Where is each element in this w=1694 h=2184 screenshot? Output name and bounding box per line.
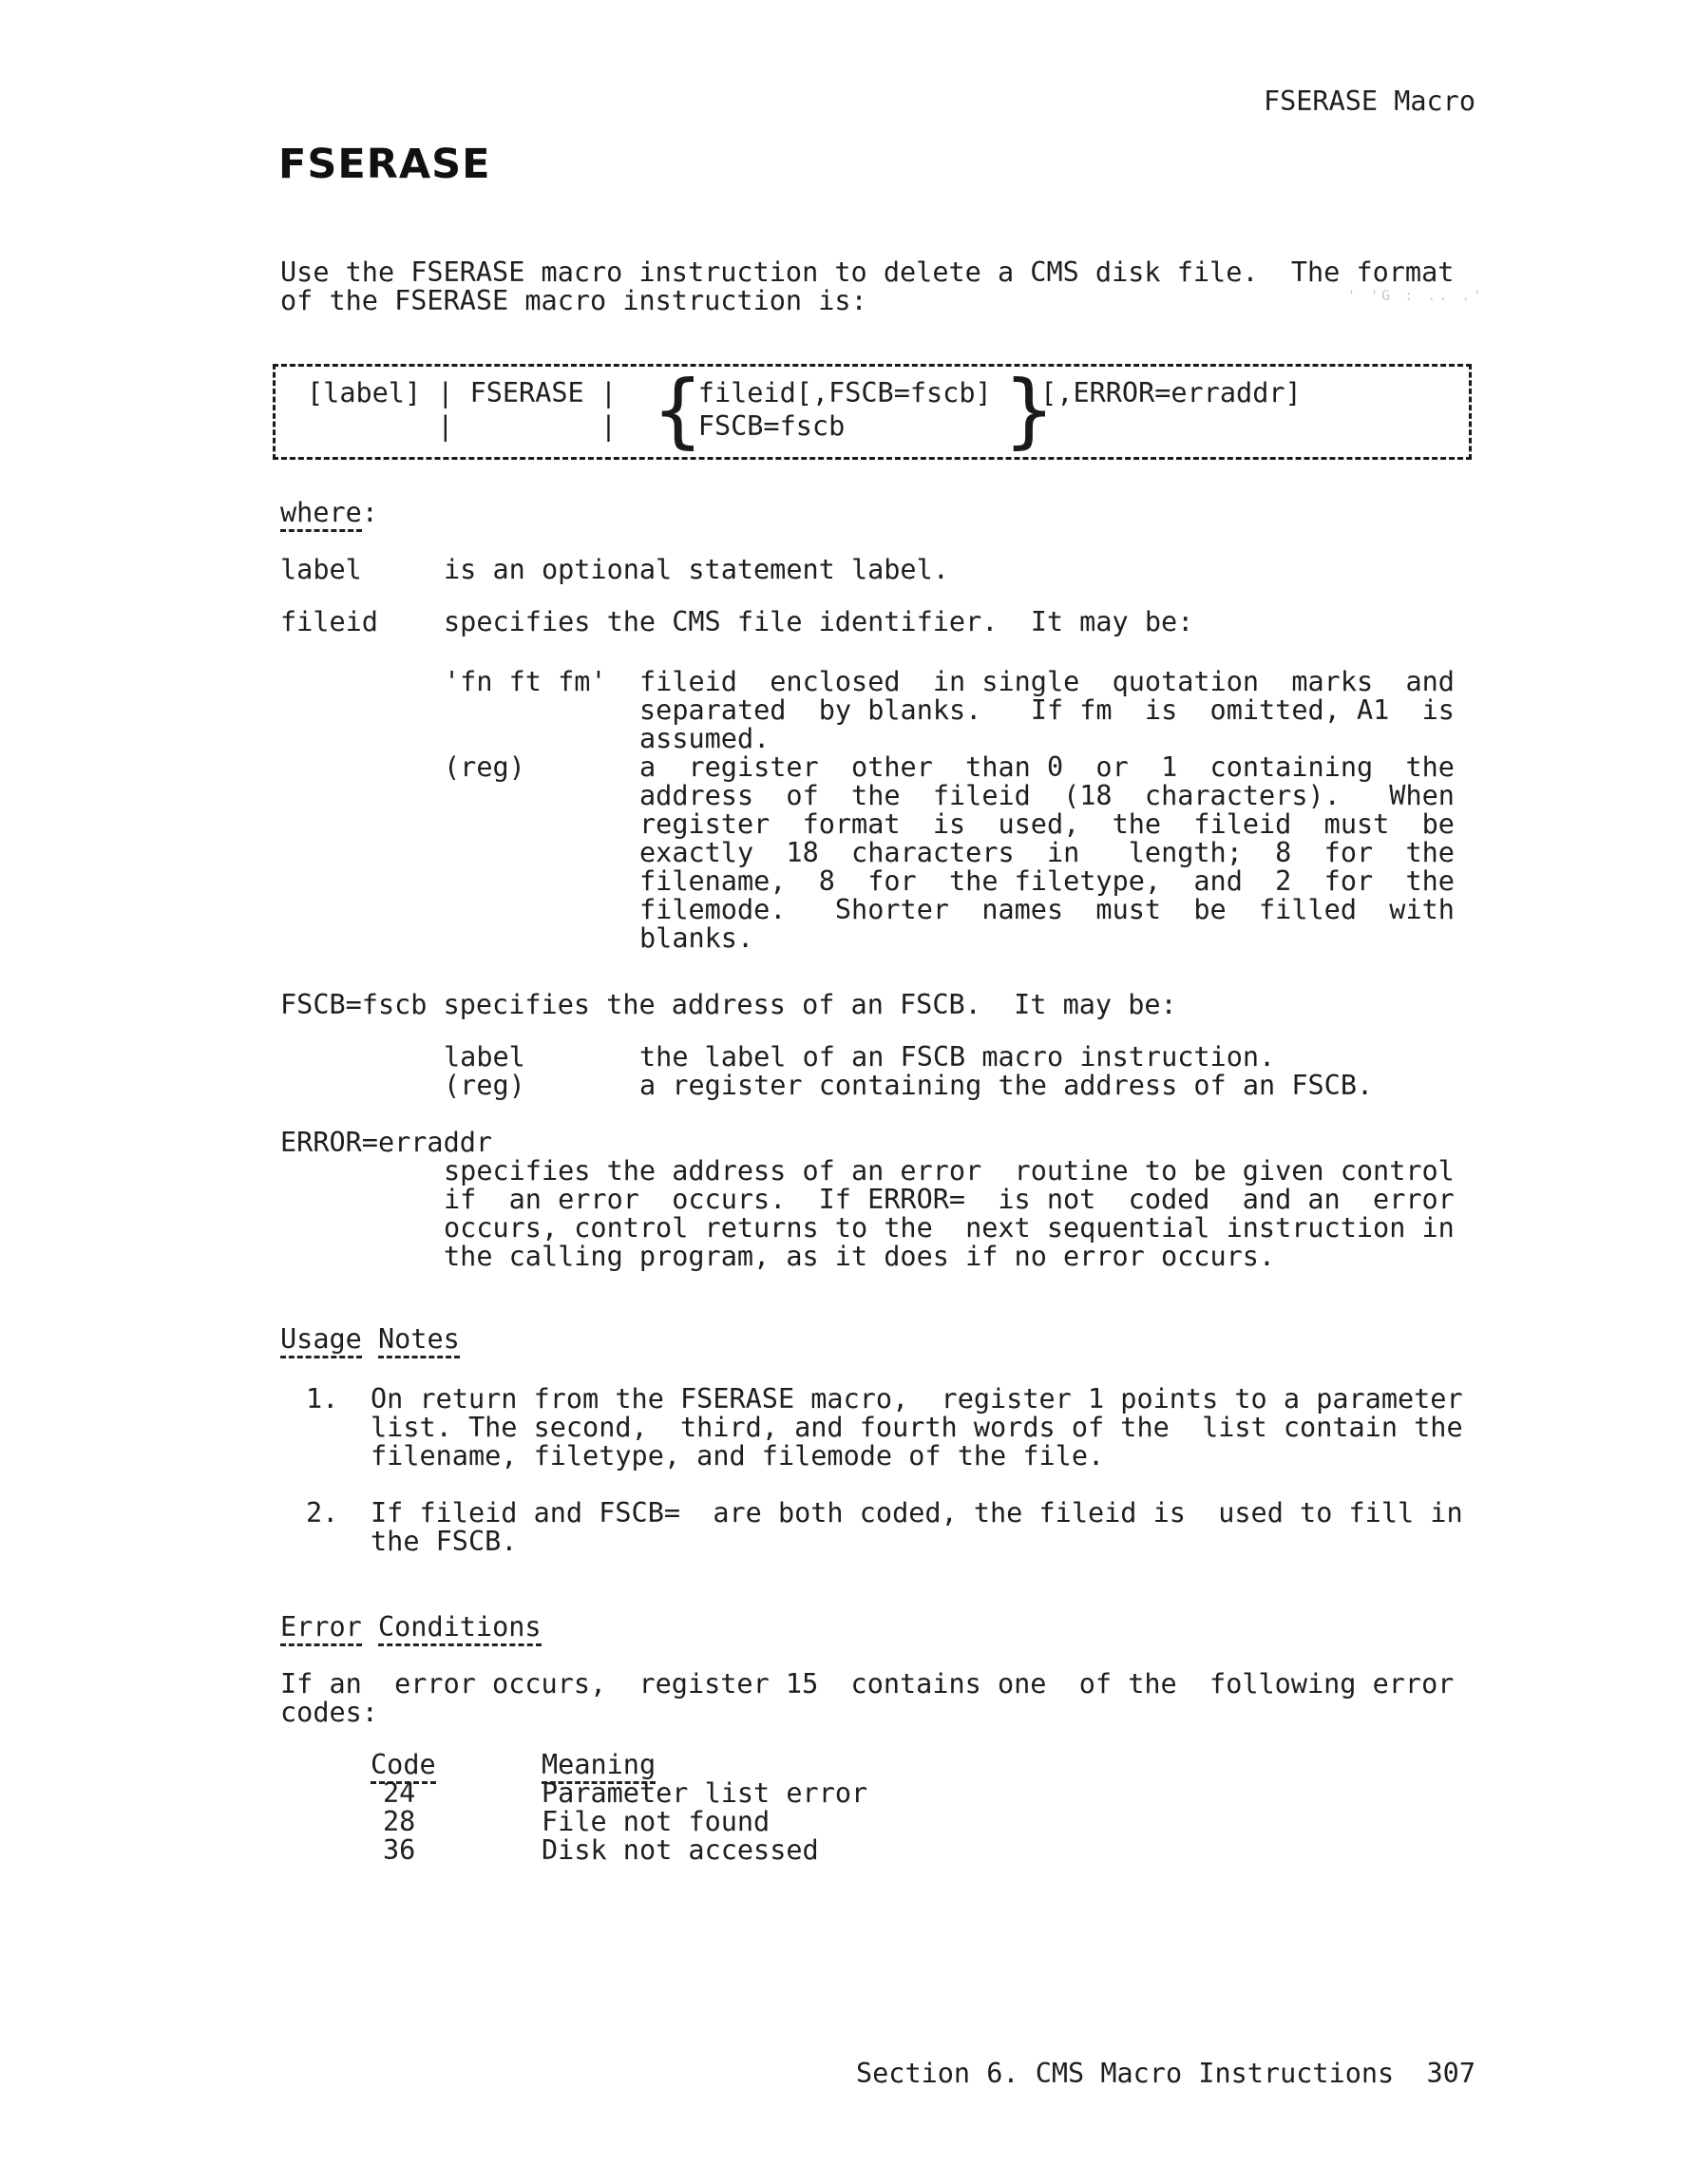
text-line: filemode. Shorter names must be filled w… — [639, 896, 1455, 924]
error-conditions-heading-word2: Conditions — [378, 1611, 542, 1646]
text-line: fileid enclosed in single quotation mark… — [639, 668, 1455, 696]
text-line: filename, filetype, and filemode of the … — [371, 1442, 1463, 1471]
error-meaning-24: Parameter list error — [542, 1779, 867, 1808]
scan-smudge-artifact: ' 'G : .. .' — [1347, 287, 1484, 304]
where-word: where — [280, 497, 362, 532]
text-line: list. The second, third, and fourth word… — [371, 1414, 1463, 1442]
error-code-24: 24 — [383, 1779, 415, 1808]
intro-paragraph: Use the FSERASE macro instruction to del… — [280, 258, 1454, 315]
where-heading: where: — [280, 499, 378, 527]
usage-notes-heading-word2: Notes — [378, 1323, 460, 1358]
text-line: address of the fileid (18 characters). W… — [639, 782, 1455, 810]
text-line: if an error occurs. If ERROR= is not cod… — [444, 1186, 1455, 1214]
scanned-manual-page: { "page": { "running_header": "FSERASE M… — [0, 0, 1694, 2184]
def-desc-label: is an optional statement label. — [444, 556, 949, 584]
error-param-term: ERROR=erraddr — [280, 1129, 492, 1157]
text-line: of the FSERASE macro instruction is: — [280, 287, 1454, 315]
error-meaning-36: Disk not accessed — [542, 1836, 819, 1865]
usage-notes-heading: Usage Notes — [280, 1325, 460, 1354]
syntax-row-1: [label] | FSERASE | fileid[,FSCB=fscb] [… — [307, 377, 1302, 408]
usage-note-2-number: 2. — [306, 1499, 338, 1528]
text-line: assumed. — [639, 725, 1455, 753]
page-title: FSERASE — [278, 141, 490, 188]
option-desc-reg: a register other than 0 or 1 containing … — [639, 753, 1455, 953]
text-line: codes: — [280, 1699, 1454, 1727]
fscb-option-desc-label: the label of an FSCB macro instruction. — [639, 1043, 1275, 1072]
error-conditions-heading-word1: Error — [280, 1611, 362, 1646]
running-header: FSERASE Macro — [1264, 87, 1475, 116]
error-param-desc: specifies the address of an error routin… — [444, 1157, 1455, 1271]
right-brace-icon: } — [1003, 365, 1056, 456]
def-desc-fileid: specifies the CMS file identifier. It ma… — [444, 608, 1193, 636]
error-table-header-code: Code — [371, 1751, 436, 1779]
text-line: If an error occurs, register 15 contains… — [280, 1670, 1454, 1699]
text-line: blanks. — [639, 924, 1455, 953]
error-code-36: 36 — [383, 1836, 415, 1865]
fscb-option-term-label: label — [444, 1043, 525, 1072]
usage-note-2-text: If fileid and FSCB= are both coded, the … — [371, 1499, 1463, 1556]
syntax-row-2: | | FSCB=fscb — [307, 410, 845, 442]
text-line: the FSCB. — [371, 1528, 1463, 1556]
usage-notes-heading-word1: Usage — [280, 1323, 362, 1358]
error-table-header-meaning: Meaning — [542, 1751, 656, 1779]
fscb-option-term-reg: (reg) — [444, 1072, 525, 1100]
usage-note-1-number: 1. — [306, 1385, 338, 1414]
def-term-label: label — [280, 556, 362, 584]
error-code-28: 28 — [383, 1808, 415, 1836]
fscb-definition-line: FSCB=fscb specifies the address of an FS… — [280, 991, 1177, 1019]
text-line: separated by blanks. If fm is omitted, A… — [639, 696, 1455, 725]
left-brace-icon: { — [652, 365, 704, 456]
error-conditions-paragraph: If an error occurs, register 15 contains… — [280, 1670, 1454, 1727]
option-desc-fnftfm: fileid enclosed in single quotation mark… — [639, 668, 1455, 753]
text-line: the calling program, as it does if no er… — [444, 1243, 1455, 1271]
text-line: a register other than 0 or 1 containing … — [639, 753, 1455, 782]
text-line: On return from the FSERASE macro, regist… — [371, 1385, 1463, 1414]
def-term-fileid: fileid — [280, 608, 378, 636]
usage-note-1-text: On return from the FSERASE macro, regist… — [371, 1385, 1463, 1471]
syntax-box: [label] | FSERASE | fileid[,FSCB=fscb] [… — [273, 364, 1472, 460]
text-line: occurs, control returns to the next sequ… — [444, 1214, 1455, 1243]
text-line: specifies the address of an error routin… — [444, 1157, 1455, 1186]
option-term-fnftfm: 'fn ft fm' — [444, 668, 607, 696]
error-conditions-heading: Error Conditions — [280, 1613, 542, 1642]
text-line: If fileid and FSCB= are both coded, the … — [371, 1499, 1463, 1528]
text-line: Use the FSERASE macro instruction to del… — [280, 258, 1454, 287]
error-meaning-28: File not found — [542, 1808, 770, 1836]
where-colon: : — [362, 497, 378, 528]
text-line: filename, 8 for the filetype, and 2 for … — [639, 867, 1455, 896]
fscb-option-desc-reg: a register containing the address of an … — [639, 1072, 1373, 1100]
page-footer: Section 6. CMS Macro Instructions 307 — [856, 2060, 1475, 2088]
text-line: register format is used, the fileid must… — [639, 810, 1455, 839]
option-term-reg: (reg) — [444, 753, 525, 782]
text-line: exactly 18 characters in length; 8 for t… — [639, 839, 1455, 867]
syntax-box-text: [label] | FSERASE | fileid[,FSCB=fscb] [… — [276, 367, 1469, 443]
